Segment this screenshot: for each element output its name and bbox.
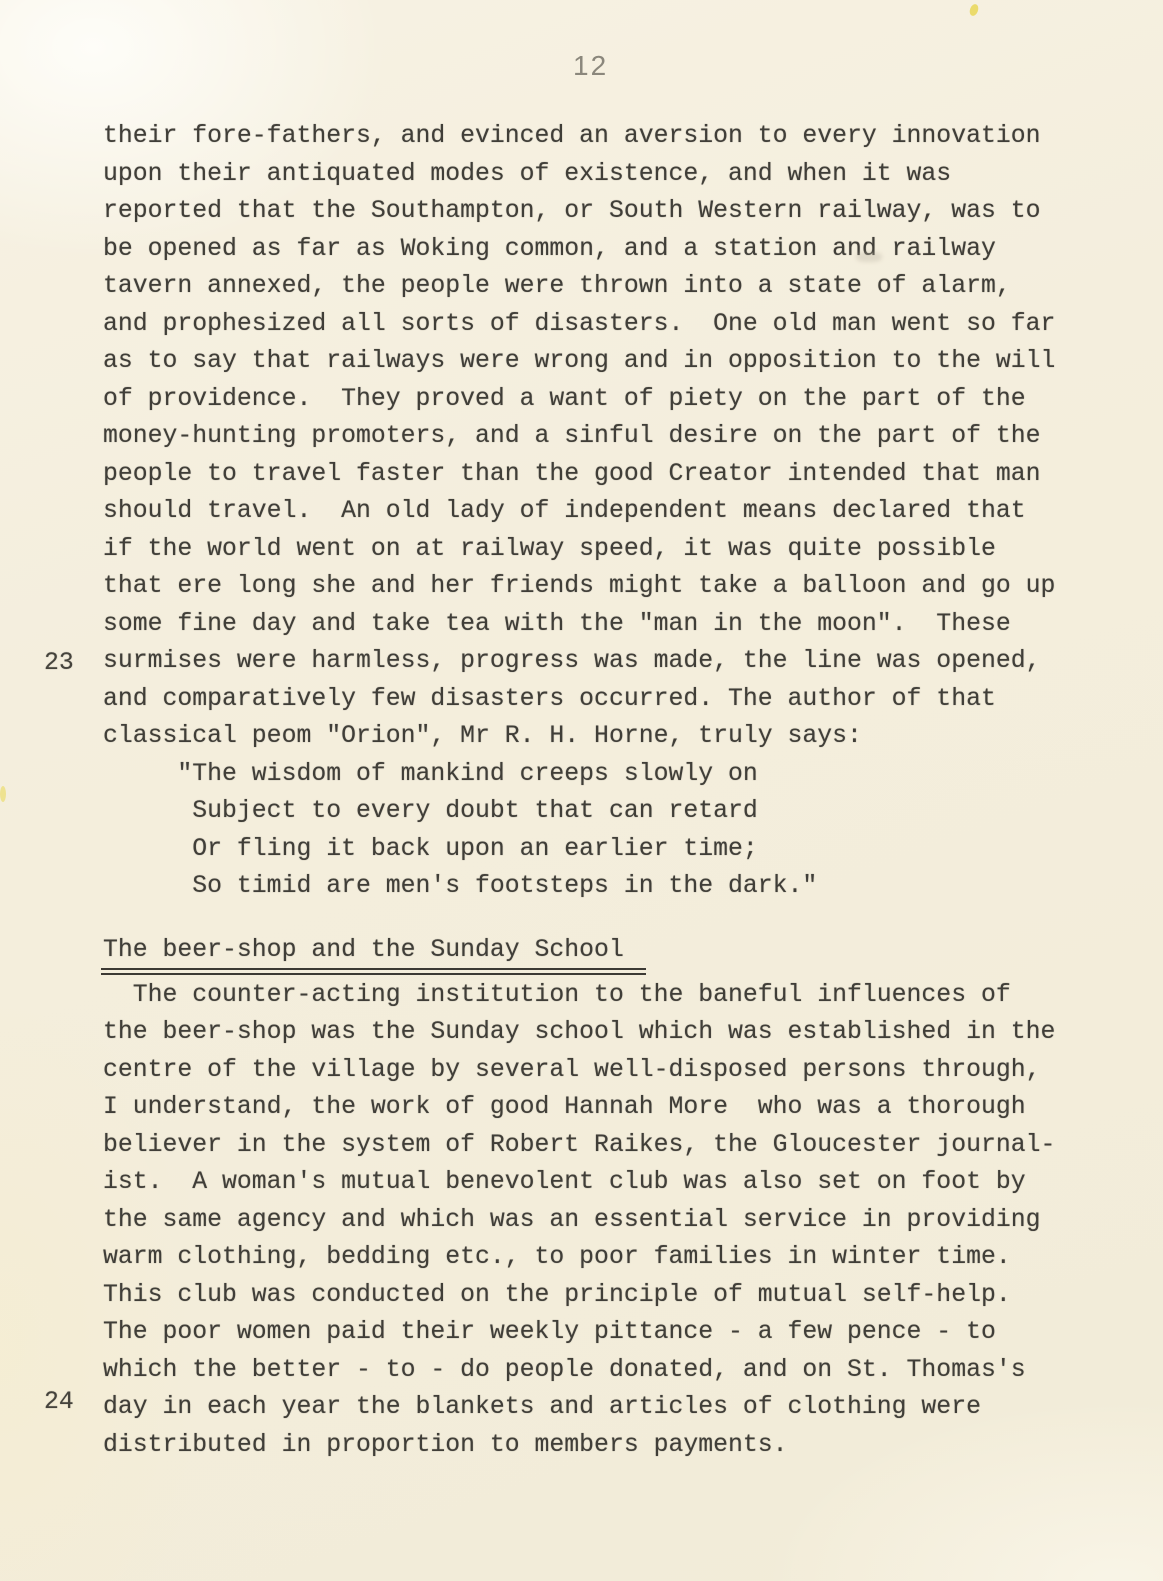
text-line: surmises were harmless, progress was mad… [103, 643, 1113, 681]
text-line: if the world went on at railway speed, i… [103, 531, 1113, 569]
text-line: and prophesized all sorts of disasters. … [103, 306, 1113, 344]
poem-quotation: "The wisdom of mankind creeps slowly on … [103, 756, 1113, 906]
text-line: This club was conducted on the principle… [103, 1277, 1113, 1315]
document-page: 12 23 24 their fore-fathers, and evinced… [0, 0, 1163, 1581]
text-line: centre of the village by several well-di… [103, 1052, 1113, 1090]
text-line: reported that the Southampton, or South … [103, 193, 1113, 231]
text-line: that ere long she and her friends might … [103, 568, 1113, 606]
text-line: and comparatively few disasters occurred… [103, 681, 1113, 719]
typewritten-text-block: their fore-fathers, and evinced an avers… [103, 118, 1113, 1464]
text-line: the same agency and which was an essenti… [103, 1202, 1113, 1240]
text-line: Or fling it back upon an earlier time; [103, 831, 1113, 869]
text-line: be opened as far as Woking common, and a… [103, 231, 1113, 269]
text-line: the beer-shop was the Sunday school whic… [103, 1014, 1113, 1052]
text-line: which the better - to - do people donate… [103, 1352, 1113, 1390]
margin-line-number-23: 23 [44, 645, 74, 683]
text-line: upon their antiquated modes of existence… [103, 156, 1113, 194]
margin-line-number-24: 24 [44, 1384, 74, 1422]
section-heading: The beer-shop and the Sunday School [103, 932, 1113, 975]
text-line: distributed in proportion to members pay… [103, 1427, 1113, 1465]
text-line: "The wisdom of mankind creeps slowly on [103, 756, 1113, 794]
paragraph-railway-fears: their fore-fathers, and evinced an avers… [103, 118, 1113, 756]
text-line: believer in the system of Robert Raikes,… [103, 1127, 1113, 1165]
text-line: money-hunting promoters, and a sinful de… [103, 418, 1113, 456]
text-line: Subject to every doubt that can retard [103, 793, 1113, 831]
section-heading-underlined-text: The beer-shop and the Sunday School [101, 934, 646, 975]
text-line: ist. A woman's mutual benevolent club wa… [103, 1164, 1113, 1202]
text-line: their fore-fathers, and evinced an avers… [103, 118, 1113, 156]
text-line: day in each year the blankets and articl… [103, 1389, 1113, 1427]
page-number: 12 [573, 50, 608, 82]
text-line: I understand, the work of good Hannah Mo… [103, 1089, 1113, 1127]
text-line: people to travel faster than the good Cr… [103, 456, 1113, 494]
text-line: warm clothing, bedding etc., to poor fam… [103, 1239, 1113, 1277]
paper-speck [968, 3, 980, 17]
text-line: The counter-acting institution to the ba… [103, 977, 1113, 1015]
paragraph-sunday-school: The counter-acting institution to the ba… [103, 977, 1113, 1465]
text-line: of providence. They proved a want of pie… [103, 381, 1113, 419]
text-line: some fine day and take tea with the "man… [103, 606, 1113, 644]
text-line: classical peom "Orion", Mr R. H. Horne, … [103, 718, 1113, 756]
text-line: as to say that railways were wrong and i… [103, 343, 1113, 381]
text-line: So timid are men's footsteps in the dark… [103, 868, 1113, 906]
text-line: The poor women paid their weekly pittanc… [103, 1314, 1113, 1352]
text-line: should travel. An old lady of independen… [103, 493, 1113, 531]
text-line: tavern annexed, the people were thrown i… [103, 268, 1113, 306]
paper-speck [0, 786, 6, 802]
